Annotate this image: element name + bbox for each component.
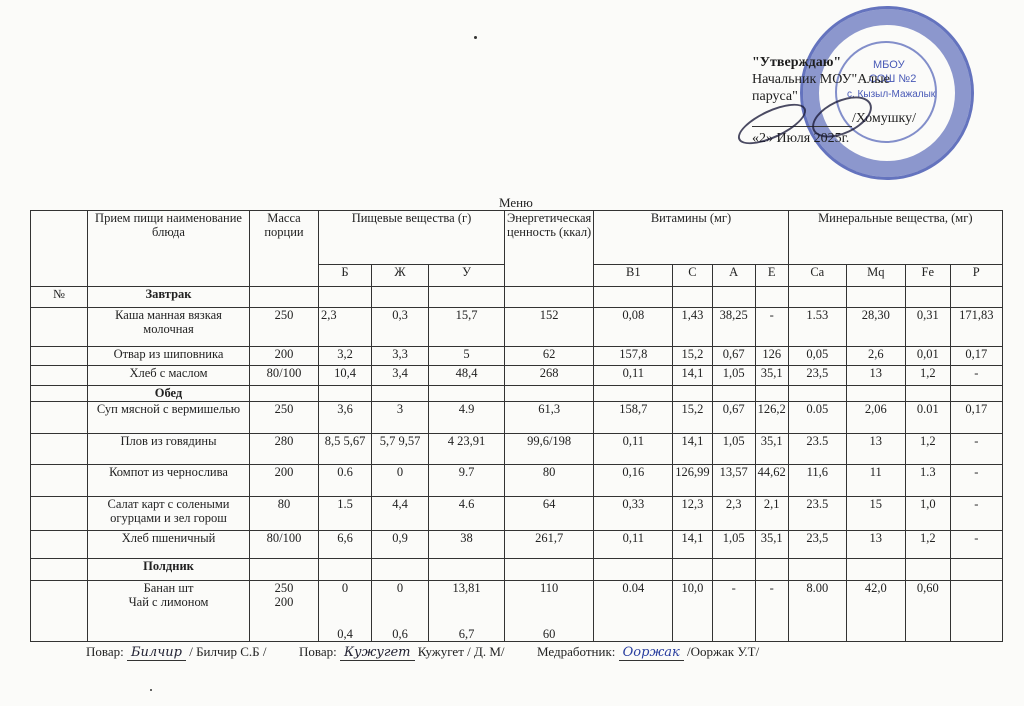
value-mq: 2,06 [846,402,905,434]
header-vitamins: Витамины (мг) [594,211,789,265]
value-fe: 1.3 [905,465,950,497]
header-meal: Прием пищи наименование блюда [88,211,250,287]
value-fe: 0,60 [905,581,950,642]
empty-cell [712,287,755,308]
value-a: 1,05 [712,434,755,465]
cook2-label: Повар: [299,644,337,659]
value-ca: 23,5 [788,531,846,559]
table-row: Хлеб с маслом80/10010,43,448,42680,1114,… [31,366,1003,386]
value-line: 110 [507,581,591,595]
value-line: 0 [321,581,369,595]
value-p: 171,83 [950,308,1002,347]
table-row: Суп мясной с вермишелью2503,634.961,3158… [31,402,1003,434]
value-a: 0,67 [712,347,755,366]
value-line: 0 [374,581,426,595]
empty-cell [505,559,594,581]
empty-cell [788,287,846,308]
value-line: 13,81 [431,581,502,595]
value-mq: 13 [846,434,905,465]
value-b: 1.5 [319,497,372,531]
value-ca: 23,5 [788,366,846,386]
value-u: 4.6 [429,497,505,531]
subheader-ca: Ca [788,265,846,287]
value-b: 10,4 [319,366,372,386]
value-b1: 0.04 [594,581,673,642]
value-line: - [715,581,753,595]
value-line: 0,6 [372,627,428,641]
empty-cell [319,287,372,308]
cook1-label: Повар: [86,644,124,659]
scan-speck [474,36,477,39]
value-energy: 99,6/198 [505,434,594,465]
empty-cell [950,386,1002,402]
value-mq: 28,30 [846,308,905,347]
empty-cell [372,559,429,581]
value-ca: 23.5 [788,497,846,531]
value-p: - [950,366,1002,386]
table-row: Компот из чернослива2000.609.7800,16126,… [31,465,1003,497]
value-fe: 1,0 [905,497,950,531]
empty-cell [372,386,429,402]
medic-signature: Ооржак [619,645,684,661]
empty-cell [673,559,712,581]
value-ca: 8.00 [788,581,846,642]
value-line: 10,0 [675,581,709,595]
value-b1: 0,08 [594,308,673,347]
document-title: Меню [499,195,533,211]
scan-speck [150,689,152,691]
dish-name: Салат карт с солеными огурцами и зел гор… [88,497,250,531]
table-row: Хлеб пшеничный80/1006,60,938261,70,1114,… [31,531,1003,559]
table-row: Банан штЧай с лимоном25020000,400,613,81… [31,581,1003,642]
number-cell [31,308,88,347]
dish-name: Компот из чернослива [88,465,250,497]
value-mass: 200 [250,465,319,497]
value-line: 8.00 [791,581,844,595]
dish-name: Каша манная вязкая молочная [88,308,250,347]
header-row: Прием пищи наименование блюда Масса порц… [31,211,1003,265]
value-mass: 250 [250,402,319,434]
cook2-name: Кужугет / Д. М/ [418,644,505,659]
signatures-footer: Повар: Билчир / Билчир С.Б / Повар: Кужу… [86,644,759,661]
empty-cell [712,386,755,402]
number-cell [31,402,88,434]
value-energy: 261,7 [505,531,594,559]
empty-cell [673,386,712,402]
value-b1: 0,11 [594,366,673,386]
value-line: 6,7 [429,627,504,641]
value-zh: 0 [372,465,429,497]
number-cell [31,366,88,386]
dish-name: Хлеб пшеничный [88,531,250,559]
value-e: 126,2 [755,402,788,434]
subheader-c: C [673,265,712,287]
value-p: - [950,465,1002,497]
dish-name-line: Банан шт [90,581,247,595]
empty-cell [250,287,319,308]
section-row: №Завтрак [31,287,1003,308]
empty-cell [673,287,712,308]
empty-cell [846,287,905,308]
value-a: 2,3 [712,497,755,531]
value-b1: 0,11 [594,531,673,559]
empty-cell [429,559,505,581]
cook1-signature: Билчир [127,645,186,661]
value-b1: 0,33 [594,497,673,531]
value-c: 12,3 [673,497,712,531]
value-zh: 00,6 [372,581,429,642]
empty-cell [594,287,673,308]
subheader-p: P [950,265,1002,287]
value-line: 200 [252,595,316,609]
empty-cell [372,287,429,308]
value-c: 1,43 [673,308,712,347]
empty-cell [505,386,594,402]
subheader-a: A [712,265,755,287]
value-zh: 0,9 [372,531,429,559]
number-cell [31,497,88,531]
header-minerals: Минеральные вещества, (мг) [788,211,1002,265]
value-fe: 1,2 [905,366,950,386]
empty-cell [788,386,846,402]
number-cell [31,347,88,366]
header-nutrients: Пищевые вещества (г) [319,211,505,265]
value-mass: 80 [250,497,319,531]
value-u: 5 [429,347,505,366]
value-c: 10,0 [673,581,712,642]
value-e: 35,1 [755,531,788,559]
medic-name: /Ооржак У.Т/ [687,644,759,659]
dish-name: Хлеб с маслом [88,366,250,386]
table-row: Отвар из шиповника2003,23,3562157,815,20… [31,347,1003,366]
value-u: 4.9 [429,402,505,434]
table-row: Каша манная вязкая молочная2502,30,315,7… [31,308,1003,347]
value-zh: 4,4 [372,497,429,531]
value-b: 0.6 [319,465,372,497]
value-p: - [950,434,1002,465]
subheader-e: E [755,265,788,287]
value-mq: 13 [846,531,905,559]
empty-cell [594,559,673,581]
value-a: - [712,581,755,642]
value-fe: 1,2 [905,531,950,559]
value-b1: 0,11 [594,434,673,465]
value-mass: 250 [250,308,319,347]
value-ca: 0,05 [788,347,846,366]
empty-cell [250,559,319,581]
value-c: 126,99 [673,465,712,497]
value-p: - [950,497,1002,531]
number-cell [31,531,88,559]
cook1-name: / Билчир С.Б / [189,644,266,659]
number-cell [31,559,88,581]
table-row: Салат карт с солеными огурцами и зел гор… [31,497,1003,531]
value-p: - [950,531,1002,559]
value-fe: 0,31 [905,308,950,347]
value-c: 15,2 [673,347,712,366]
value-line: 0,4 [319,627,371,641]
empty-cell [755,287,788,308]
value-u: 4 23,91 [429,434,505,465]
subheader-zh: Ж [372,265,429,287]
value-zh: 3 [372,402,429,434]
value-ca: 23.5 [788,434,846,465]
subheader-b: Б [319,265,372,287]
value-e: 2,1 [755,497,788,531]
empty-cell [846,386,905,402]
value-p: 0,17 [950,347,1002,366]
value-mass: 200 [250,347,319,366]
value-b: 2,3 [319,308,372,347]
value-e: - [755,308,788,347]
value-p: 0,17 [950,402,1002,434]
number-cell [31,465,88,497]
value-energy: 11060 [505,581,594,642]
value-zh: 5,7 9,57 [372,434,429,465]
value-b1: 157,8 [594,347,673,366]
table-row: Плов из говядины2808,5 5,675,7 9,574 23,… [31,434,1003,465]
empty-cell [950,287,1002,308]
approval-block: "Утверждаю" Начальник МОУ"Алые паруса" /… [752,54,890,105]
number-header: № [31,287,88,308]
header-energy: Энергетическая ценность (ккал) [505,211,594,287]
dish-name-line: Чай с лимоном [90,595,247,609]
empty-cell [429,386,505,402]
value-zh: 3,3 [372,347,429,366]
value-mass: 280 [250,434,319,465]
empty-cell [905,287,950,308]
value-b: 3,2 [319,347,372,366]
approval-position: Начальник МОУ"Алые [752,71,890,88]
cook2-signature: Кужугет [340,645,415,661]
value-mass: 80/100 [250,531,319,559]
value-line: 0,60 [908,581,948,595]
empty-cell [712,559,755,581]
section-row: Обед [31,386,1003,402]
value-energy: 152 [505,308,594,347]
value-u: 13,816,7 [429,581,505,642]
value-b: 6,6 [319,531,372,559]
value-b1: 158,7 [594,402,673,434]
value-zh: 3,4 [372,366,429,386]
value-e: 44,62 [755,465,788,497]
empty-cell [788,559,846,581]
value-zh: 0,3 [372,308,429,347]
empty-cell [905,386,950,402]
value-a: 13,57 [712,465,755,497]
section-title: Обед [88,386,250,402]
value-mq: 42,0 [846,581,905,642]
subheader-u: У [429,265,505,287]
approval-heading: "Утверждаю" [752,54,890,71]
number-cell [31,434,88,465]
value-mass: 250200 [250,581,319,642]
dish-name: Суп мясной с вермишелью [88,402,250,434]
value-c: 15,2 [673,402,712,434]
value-line: 250 [252,581,316,595]
value-line: 42,0 [849,581,903,595]
section-title: Завтрак [88,287,250,308]
value-fe: 0.01 [905,402,950,434]
number-cell [31,386,88,402]
value-line: 60 [505,627,593,641]
value-a: 38,25 [712,308,755,347]
header-number-blank [31,211,88,287]
value-u: 9.7 [429,465,505,497]
value-u: 15,7 [429,308,505,347]
value-energy: 64 [505,497,594,531]
section-title: Полдник [88,559,250,581]
value-mq: 11 [846,465,905,497]
value-b: 8,5 5,67 [319,434,372,465]
empty-cell [846,559,905,581]
value-ca: 11,6 [788,465,846,497]
dish-name: Банан штЧай с лимоном [88,581,250,642]
value-c: 14,1 [673,434,712,465]
value-e: 35,1 [755,434,788,465]
value-mq: 13 [846,366,905,386]
subheader-b1: B1 [594,265,673,287]
value-c: 14,1 [673,531,712,559]
value-line: 0.04 [596,581,670,595]
value-ca: 0.05 [788,402,846,434]
empty-cell [755,559,788,581]
empty-cell [250,386,319,402]
value-u: 38 [429,531,505,559]
value-ca: 1.53 [788,308,846,347]
value-a: 1,05 [712,366,755,386]
value-energy: 268 [505,366,594,386]
value-line: - [758,581,786,595]
value-energy: 62 [505,347,594,366]
subheader-fe: Fe [905,265,950,287]
value-energy: 80 [505,465,594,497]
value-a: 1,05 [712,531,755,559]
value-u: 48,4 [429,366,505,386]
empty-cell [950,559,1002,581]
number-cell [31,581,88,642]
dish-name: Плов из говядины [88,434,250,465]
value-e: 126 [755,347,788,366]
value-a: 0,67 [712,402,755,434]
empty-cell [755,386,788,402]
section-row: Полдник [31,559,1003,581]
empty-cell [319,386,372,402]
value-e: 35,1 [755,366,788,386]
value-fe: 1,2 [905,434,950,465]
empty-cell [594,386,673,402]
value-b1: 0,16 [594,465,673,497]
value-mq: 15 [846,497,905,531]
value-fe: 0,01 [905,347,950,366]
value-b: 3,6 [319,402,372,434]
value-b: 00,4 [319,581,372,642]
value-energy: 61,3 [505,402,594,434]
empty-cell [319,559,372,581]
medic-label: Медработник: [537,644,615,659]
value-p [950,581,1002,642]
empty-cell [505,287,594,308]
empty-cell [429,287,505,308]
value-e: - [755,581,788,642]
value-mass: 80/100 [250,366,319,386]
dish-name: Отвар из шиповника [88,347,250,366]
header-mass: Масса порции [250,211,319,287]
value-c: 14,1 [673,366,712,386]
empty-cell [905,559,950,581]
menu-table: Прием пищи наименование блюда Масса порц… [30,210,1003,642]
value-mq: 2,6 [846,347,905,366]
subheader-mq: Mq [846,265,905,287]
